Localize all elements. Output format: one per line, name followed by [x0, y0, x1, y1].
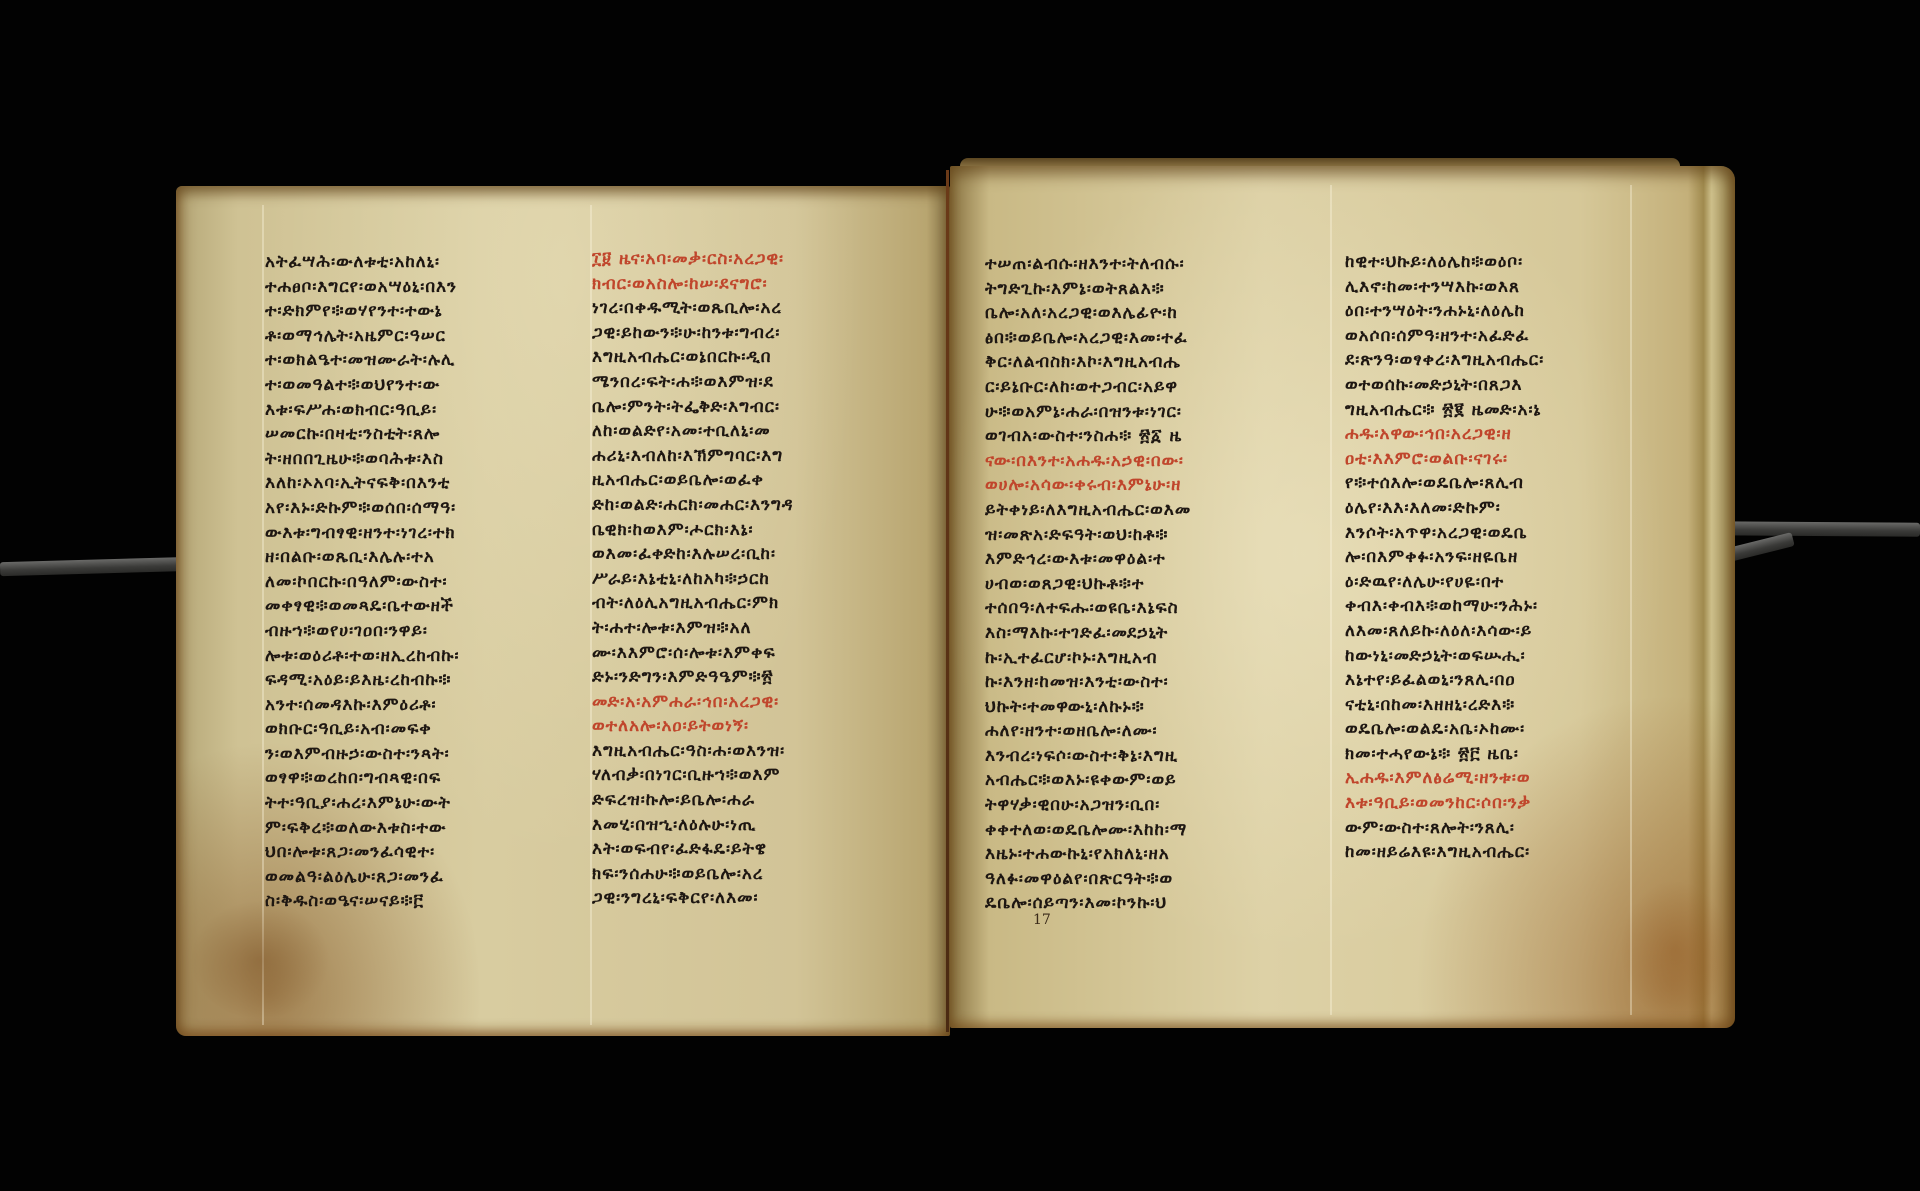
- text-line: እስ፡ማእኩ፡ተገድፈ፡መደኃኒት: [985, 621, 1320, 646]
- rubric-line: ፲፱ ዜና፡አባ፡መቃ፡ርስ፡አረጋዊ፡: [592, 247, 892, 272]
- rubric-line: መድ፡አ፡አምሐራ፡ኅበ፡አረጋዊ፡: [592, 690, 892, 715]
- text-line: ዝ፡መጽአ፡ድፍዓት፡ወህ፡ከቶ፨: [985, 523, 1320, 548]
- text-line: ት፡ዘበበጊዜሁ፨ወባሕቱ፡እስ: [265, 447, 565, 472]
- text-line: እኔተየ፡ይፈልወኒ፡ንጸሊ፡በዐ: [1345, 668, 1655, 693]
- text-line: አንተ፡ሰመዳእኩ፡እምዕሪቶ፡: [265, 693, 565, 718]
- text-line: ድኑ፡ንድግን፡እምድዓዔም፨፳: [592, 665, 892, 690]
- text-line: ለመ፡ኮበርኩ፡በዓለም፡ውስተ፡: [265, 570, 565, 595]
- text-line: ስ፡ቅዱስ፡ወዔና፡ሠናይ፨፫: [265, 889, 565, 914]
- text-line: ተ፡ድክምየ፨ወሃየንተ፡ተውኔ: [265, 299, 565, 324]
- text-line: እመሂ፡በዝኂ፡ለዕሉሁ፡ነጢ: [592, 813, 892, 838]
- text-line: ዕ፡ድዉየ፡ለሌሁ፡የሀዬ፡በተ: [1345, 570, 1655, 595]
- text-line: አብሔር፨ወእኑ፡ዩቀውም፡ወይ: [985, 768, 1320, 793]
- text-line: ከመ፡ዘይሬእዩ፡እግዚአብሔር፡: [1345, 840, 1655, 865]
- text-line: እምድኅረ፡ውእቱ፡መዋዕል፡ተ: [985, 547, 1320, 572]
- text-line: ሎ፡በእምቀፉ፡አንፍ፡ዘዬቤዘ: [1345, 545, 1655, 570]
- text-line: ኩ፡እንዘ፡ከመዝ፡እንቲ፡ውስተ፡: [985, 670, 1320, 695]
- text-line: ዕበ፡ተንሣዕት፡ንሐኑኒ፡ለዕሌከ: [1345, 299, 1655, 324]
- text-line: ፅበ፨ወይቤሎ፡አረጋዊ፡እመ፡ተፈ: [985, 326, 1320, 351]
- text-line: ትተ፡ዓቢያ፡ሐረ፡እምኔሁ፡ውት: [265, 791, 565, 816]
- rubric-line: ወሀሎ፡አሳው፡ቀሩብ፡እምኔሁ፡ዘ: [985, 473, 1320, 498]
- text-line: እለከ፡ኦአባ፡ኢትናፍቅ፡በእንቲ: [265, 471, 565, 496]
- text-line: ክመ፡ተሓየውኔ፨ ፳፫ ዜቤ፡: [1345, 742, 1655, 767]
- text-line: ር፡ይኔቡር፡ለከ፡ወተጋብር፡አይዋ: [985, 375, 1320, 400]
- text-line: ጋዊ፡ንግረኒ፡ፍቅርየ፡ለእመ፡: [592, 886, 892, 911]
- rubric-line: ሐዱ፡አዋው፡ኅበ፡አረጋዊ፡ዘ: [1345, 422, 1655, 447]
- text-line: ይትቀነይ፡ለእግዚአብሔር፡ወእመ: [985, 498, 1320, 523]
- text-line: ተ፡ወመዓልተ፨ወህየንተ፡ው: [265, 373, 565, 398]
- text-line: ከዊተ፡ህኩይ፡ለዕሌከ፨ወዕቦ፡: [1345, 250, 1655, 275]
- text-line: አየ፡እኑ፡ድኩም፨ወሰበ፡ሰማዓ፡: [265, 496, 565, 521]
- text-line: ናቲኒ፡በከመ፡እዘዘኒ፡ረድእ፨: [1345, 693, 1655, 718]
- text-line: ወአሶበ፡ሰምዓ፡ዘንተ፡አፈድፈ: [1345, 324, 1655, 349]
- text-line: ሃለብቃ፡በነገር፡ቢዙኀ፨ወእም: [592, 763, 892, 788]
- right-binding-strap: [1705, 521, 1920, 537]
- text-line: ነገረ፡በቀዱሚት፡ወጼቢሎ፡አረ: [592, 296, 892, 321]
- text-line: ሐለየ፡ዘንተ፡ወዘቤሎ፡ለሙ፡: [985, 719, 1320, 744]
- text-line: ከውነኒ፡መድኃኒት፡ወፍሡሒ፡: [1345, 644, 1655, 669]
- text-line: ተሰበዓ፡ለተፍሑ፡ወዩቤ፡እኔፍስ: [985, 596, 1320, 621]
- right-page-column-2: ከዊተ፡ህኩይ፡ለዕሌከ፨ወዕቦ፡ሊእኖ፡ከመ፡ተንሣእኩ፡ወእጸዕበ፡ተንሣዕ…: [1345, 250, 1655, 865]
- text-line: ለእመ፡ጸለይኩ፡ለዕለ፡እሳው፡ይ: [1345, 619, 1655, 644]
- left-page-column-1: አትፈሣሕ፡ውለቱቲ፡አከለኒ፡ተሐፀቦ፡እግርየ፡ወአሣዕኒ፡በእንተ፡ድክም…: [265, 250, 565, 914]
- text-line: ህኩት፡ተመዋውኒ፡ለኩኑ፨: [985, 695, 1320, 720]
- text-line: ሁ፨ወአምኔ፡ሐራ፡በዝንቱ፡ነገር፡: [985, 400, 1320, 425]
- text-line: ሊእኖ፡ከመ፡ተንሣእኩ፡ወእጸ: [1345, 275, 1655, 300]
- text-line: መቀፃዊ፨ወመጻዴ፡ቤተውዘች: [265, 594, 565, 619]
- text-line: ግዚአብሔር፨ ፳፪ ዜመድ፡አ፡ኔ: [1345, 398, 1655, 423]
- text-line: እዜኑ፡ተሐውኩኒ፡የአክለኒ፡ዘአ: [985, 842, 1320, 867]
- text-line: እት፡ወፍብየ፡ፈድፋዴ፡ይትዌ: [592, 837, 892, 862]
- ruling-line: [1330, 185, 1332, 1015]
- rubric-line: ኢሐዱ፡እምለፅሬሚ፡ዘንቱ፡ወ: [1345, 766, 1655, 791]
- text-line: ሥራይ፡እኔቲኒ፡ለከአካ፨ኃርከ: [592, 567, 892, 592]
- text-line: ተሐፀቦ፡እግርየ፡ወአሣዕኒ፡በእን: [265, 275, 565, 300]
- text-line: እግዚአብሔር፡ወኔበርኩ፡ዲበ: [592, 345, 892, 370]
- rubric-line: ዐቲ፡እእምሮ፡ወልቡ፡ናገሩ፡: [1345, 447, 1655, 472]
- rubric-line: ወተለአሎ፡አዐ፡ይትወነኝ፡: [592, 714, 892, 739]
- text-line: ዓለፉ፡መዋዕልየ፡በጽርዓት፨ወ: [985, 867, 1320, 892]
- text-line: ሙ፡እእምሮ፡ሰ፡ሎቱ፡እምቀፍ: [592, 641, 892, 666]
- text-line: ሜንበረ፡ፍት፡ሐ፨ወእምዝ፡ደ: [592, 370, 892, 395]
- text-line: ቀቀተለወ፡ወዴቤሎሙ፡እከከ፡ማ: [985, 818, 1320, 843]
- text-line: ተሠጠ፡ልብሱ፡ዘእንተ፡ትለብሱ፡: [985, 252, 1320, 277]
- text-line: ውም፡ውስተ፡ጸሎት፡ንጸሊ፡: [1345, 816, 1655, 841]
- water-stain: [1620, 880, 1730, 1020]
- text-line: ቤዊክ፡ከወእም፡ሖርክ፡እኔ፡: [592, 518, 892, 543]
- text-line: ብት፡ለዕሊአግዚአብሔር፡ምክ: [592, 591, 892, 616]
- rubric-line: ክብር፡ወአስሎ፡ከሠ፡ደናግሮ፡: [592, 272, 892, 297]
- text-line: ወገብአ፡ውስተ፡ንስሐ፨ ፳፩ ዜ: [985, 424, 1320, 449]
- text-line: ቶ፡ወማኅሌት፡አዜምር፡ዓሠር: [265, 324, 565, 349]
- text-line: አትፈሣሕ፡ውለቱቲ፡አከለኒ፡: [265, 250, 565, 275]
- text-line: እቱ፡ፍሥሐ፡ወክብር፡ዓቢይ፡: [265, 398, 565, 423]
- text-line: ሐሪኒ፡እብለከ፡እኽምግባር፡እግ: [592, 444, 892, 469]
- text-line: ን፡ወእምብዙኃ፡ውስተ፡ንጻት፡: [265, 742, 565, 767]
- text-line: ወተወሰኩ፡መድኃኒት፡በጸጋእ: [1345, 373, 1655, 398]
- text-line: ደ፡ጽንዓ፡ወፃቀረ፡እግዚአብሔር፡: [1345, 348, 1655, 373]
- text-line: ፍዳሚ፡አዕይ፡ይእዜ፡ረከብኩ፨: [265, 668, 565, 693]
- text-line: የ፨ተሰእሎ፡ወዴቤሎ፡ጸሊብ: [1345, 471, 1655, 496]
- text-line: ጋዊ፡ይከውን፨ሁ፡ከንቱ፡ግብረ፡: [592, 321, 892, 346]
- gutter-fold: [946, 170, 949, 1032]
- text-line: ሠመርኩ፡በዛቲ፡ንስቲት፡ጸሎ: [265, 422, 565, 447]
- text-line: ኩ፡ኢተፈርሆ፡ኮኑ፡እግዚአብ: [985, 646, 1320, 671]
- text-line: ዕሌየ፡እእ፡እለመ፡ድኩም፡: [1345, 496, 1655, 521]
- rubric-line: እቱ፡ዓቢይ፡ወመንከር፡ሶበ፡ንቃ: [1345, 791, 1655, 816]
- text-line: ቤሎ፡ምንት፡ትፌቅድ፡እግብር፡: [592, 395, 892, 420]
- text-line: ውእቱ፡ግብፃዊ፡ዘንተ፡ነገረ፡ተክ: [265, 521, 565, 546]
- text-line: ድከ፡ወልድ፡ሐርክ፡መሐር፡እንግዳ: [592, 493, 892, 518]
- text-line: ቀብእ፡ቀብእ፨ወከማሁ፡ንሕኑ፡: [1345, 594, 1655, 619]
- text-line: ቅር፡ለልብስክ፡እኮ፡እግዚአብሔ: [985, 350, 1320, 375]
- text-line: እንብረ፡ነፍሶ፡ውስተ፡ቅኔ፡እግዚ: [985, 744, 1320, 769]
- folio-mark: 17: [1033, 912, 1051, 928]
- text-line: ወዴቤሎ፡ወልዴ፡አቤ፡ኦከሙ፡: [1345, 717, 1655, 742]
- text-line: ህበ፡ሎቱ፡ጸጋ፡መንፈሳዊተ፡: [265, 840, 565, 865]
- text-line: ም፡ፍቅረ፨ወለውእቱስ፡ተው: [265, 816, 565, 841]
- text-line: ተ፡ወክልዔተ፡መዝሙራት፡ሉሊ: [265, 348, 565, 373]
- text-line: ት፡ሐተ፡ሎቱ፡እምዝ፨አለ: [592, 616, 892, 641]
- text-line: ትዋሃቃ፡ዊበሁ፡አጋዝን፡ቢበ፡: [985, 793, 1320, 818]
- text-line: ትግድጊኩ፡እምኔ፡ወትጸልእ፨: [985, 277, 1320, 302]
- text-line: እግዚአብሔር፡ዓስ፡ሐ፡ወእንዝ፡: [592, 739, 892, 764]
- text-line: እንሶት፡አጥዋ፡አረጋዊ፡ወዴቤ: [1345, 521, 1655, 546]
- rubric-line: ናው፡በእንተ፡አሐዱ፡አኃዊ፡በው፡: [985, 449, 1320, 474]
- text-line: ቤሎ፡አለ፡አረጋዊ፡ወእሌፊዮ፡ከ: [985, 301, 1320, 326]
- text-line: ብዙኀ፨ወየሀ፡ገዐበ፡ንዋይ፡: [265, 619, 565, 644]
- text-line: ዚአብሔር፡ወይቤሎ፡ወፈቀ: [592, 468, 892, 493]
- text-line: ድፍረዝ፡ኩሎ፡ይቤሎ፡ሐራ: [592, 788, 892, 813]
- text-line: ሎቱ፡ወዕሪቶ፡ተወ፡ዘኢረከብኩ፡: [265, 644, 565, 669]
- text-line: ወፃዋ፨ወረከበ፡ግብጻዊ፡በፍ: [265, 766, 565, 791]
- text-line: ለከ፡ወልድየ፡አመ፡ተቢለኒ፡መ: [592, 419, 892, 444]
- left-page-column-2: ፲፱ ዜና፡አባ፡መቃ፡ርስ፡አረጋዊ፡ክብር፡ወአስሎ፡ከሠ፡ደናግሮ፡ነገረ…: [592, 247, 892, 911]
- text-line: ወክቡር፡ዓቢይ፡አብ፡መፍቀ: [265, 717, 565, 742]
- text-line: ክፍ፡ንሰሐሁ፨ወይቤሎ፡አረ: [592, 862, 892, 887]
- text-line: ወመልዓ፡ልዕሌሁ፡ጸጋ፡መንፈ: [265, 865, 565, 890]
- right-page-column-1: ተሠጠ፡ልብሱ፡ዘእንተ፡ትለብሱ፡ትግድጊኩ፡እምኔ፡ወትጸልእ፨ቤሎ፡አለ፡…: [985, 252, 1320, 916]
- text-line: ዘ፡በልቡ፡ወጼቢ፡እሌሉ፡ተአ: [265, 545, 565, 570]
- text-line: ወእመ፡ፈቀድከ፡እሉሠረ፡ቢከ፡: [592, 542, 892, 567]
- water-stain: [190, 900, 330, 1020]
- text-line: ሀብወ፡ወጸጋዊ፡ህኩቶ፨ተ: [985, 572, 1320, 597]
